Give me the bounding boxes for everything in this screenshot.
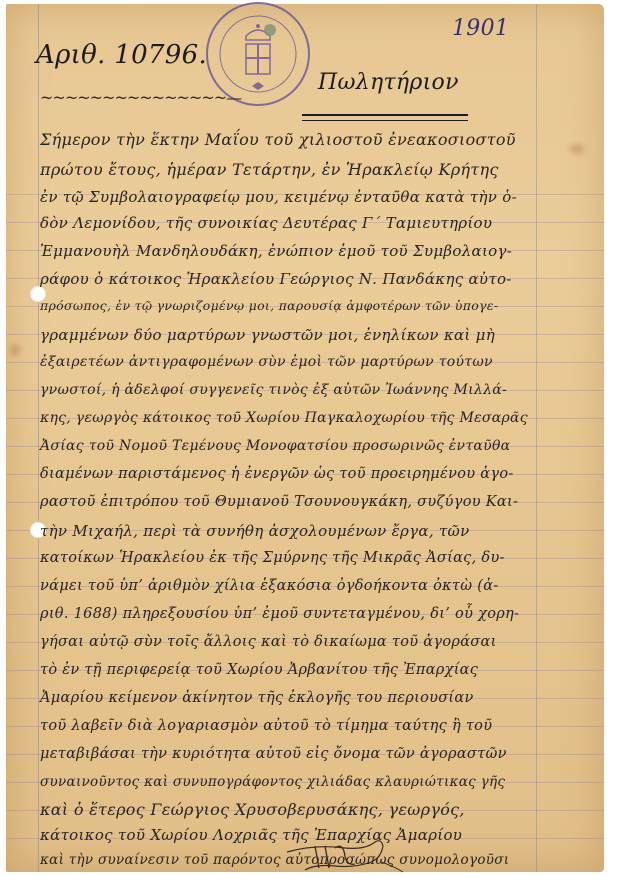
body-line: μεταβιβάσαι τὴν κυριότητα αὐτοῦ εἰς ὄνομ… — [40, 746, 507, 762]
body-line: συναινοῦντος καὶ συνυπογράφοντος χιλιάδα… — [40, 774, 505, 790]
body-line: τὴν Μιχαήλ, περὶ τὰ συνήθη ἀσχολουμένων … — [40, 522, 470, 540]
body-line: δὸν Λεμονίδου, τῆς συνοικίας Δευτέρας Γ΄… — [40, 214, 492, 232]
body-line: Ἐμμανουὴλ Μανδηλουδάκη, ἐνώπιον ἐμοῦ τοῦ… — [40, 242, 512, 260]
body-line: γήσαι αὐτῷ σὺν τοῖς ἄλλοις καὶ τὸ δικαίω… — [40, 634, 497, 650]
body-line: ἐξαιρετέων ἀντιγραφομένων σὺν ἐμοὶ τῶν μ… — [40, 354, 493, 370]
signature-icon — [285, 838, 405, 874]
body-line: Ἀμαρίου κείμενον ἀκίνητον τῆς ἐκλογῆς το… — [40, 690, 474, 706]
body-line: γνωστοί, ἡ ἀδελφοί συγγενεῖς τινὸς ἐξ αὐ… — [40, 382, 507, 398]
body-line: ραστοῦ ἐπιτρόπου τοῦ Θυμιανοῦ Τσουνουγκά… — [40, 494, 518, 510]
body-line: νάμει τοῦ ὑπ’ ἀριθμὸν χίλια ἑξακόσια ὀγδ… — [40, 578, 499, 594]
body-line: καὶ τὴν συναίνεσιν τοῦ παρόντος αὐτοπροσ… — [40, 852, 509, 868]
year-annotation: 1901 — [452, 16, 509, 41]
document-title: Πωλητήριον — [318, 70, 459, 95]
title-double-rule — [302, 114, 468, 121]
body-line: διαμένων παριστάμενος ἡ ἐνεργῶν ὡς τοῦ π… — [40, 466, 514, 482]
body-line: Ἀσίας τοῦ Νομοῦ Τεμένους Μονοφατσίου προ… — [40, 438, 510, 454]
body-line: καὶ ὁ ἕτερος Γεώργιος Χρυσοβερυσάκης, γε… — [40, 800, 465, 819]
body-line: ριθ. 1688) πληρεξουσίου ὑπ’ ἐμοῦ συντετα… — [40, 606, 519, 622]
body-line: ράφου ὁ κάτοικος Ἡρακλείου Γεώργιος Ν. Π… — [40, 270, 512, 288]
body-line: γραμμένων δύο μαρτύρων γνωστῶν μοι, ἐνηλ… — [40, 326, 495, 344]
left-margin-line — [38, 4, 39, 872]
body-line: κης, γεωργὸς κάτοικος τοῦ Χωρίου Παγκαλο… — [40, 410, 528, 426]
body-line: πρόσωπος, ἐν τῷ γνωριζομένῳ μοι, παρουσί… — [40, 298, 498, 313]
paper-stain — [570, 144, 584, 154]
ornament-line: ~~~~~~~~~~~~~~~— — [40, 88, 241, 107]
paper-stain — [10, 344, 20, 356]
body-line: κατοίκων Ἡρακλείου ἐκ τῆς Σμύρνης τῆς Μι… — [40, 550, 505, 566]
body-line: ἐν τῷ Συμβολαιογραφείῳ μου, κειμένῳ ἐντα… — [40, 188, 517, 206]
right-margin-line — [536, 4, 537, 872]
body-line: Σήμερον τὴν ἕκτην Μαΐου τοῦ χιλιοστοῦ ἐν… — [40, 130, 516, 149]
body-line: τοῦ λαβεῖν διὰ λογαριασμὸν αὐτοῦ τὸ τίμη… — [40, 718, 492, 734]
body-line: πρώτου ἔτους, ἡμέραν Τετάρτην, ἐν Ἡρακλε… — [40, 160, 499, 179]
body-line: τὸ ἐν τῇ περιφερείᾳ τοῦ Χωρίου Ἀρβανίτου… — [40, 662, 478, 678]
reference-number: Αριθ. 10796. — [36, 40, 207, 70]
